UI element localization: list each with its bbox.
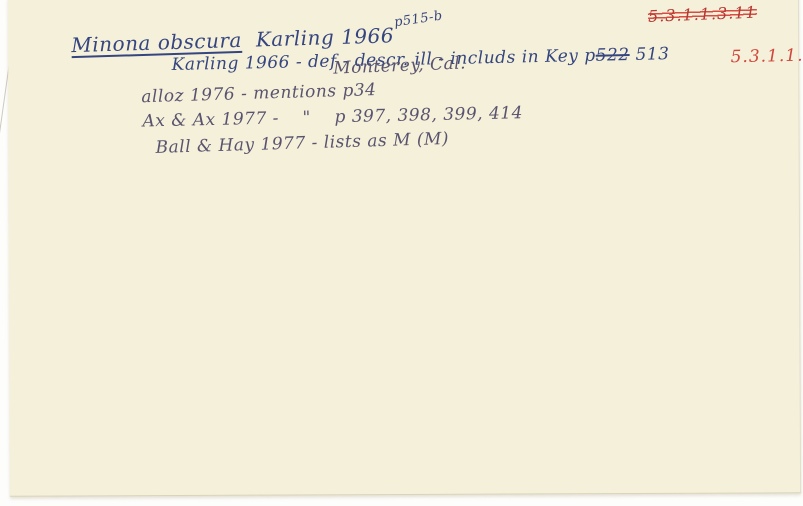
index-card: Minona obscuraKarling 1966 p515-b Karlin… xyxy=(8,0,801,497)
entry-ax-ax-1977: Ax & Ax 1977 - " p 397, 398, 399, 414 xyxy=(142,103,523,131)
catalog-number-old-crossed-out: 5.3.1.1.3.11 xyxy=(648,3,757,26)
scanned-card-page: Minona obscuraKarling 1966 p515-b Karlin… xyxy=(0,0,803,506)
superscript-page-note: p515-b xyxy=(393,9,444,31)
karling-entry-page: 513 xyxy=(629,44,669,65)
entry-ball-hay-1977: Ball & Hay 1977 - lists as M (M) xyxy=(155,129,449,158)
karling-entry-struck-pages: 522 xyxy=(595,45,629,66)
karling-entry-page-prefix: p xyxy=(584,46,596,66)
catalog-new-prefix: 5.3.1.1. xyxy=(730,46,803,68)
catalog-number-new: 5.3.1.1.32.1 xyxy=(692,25,803,88)
